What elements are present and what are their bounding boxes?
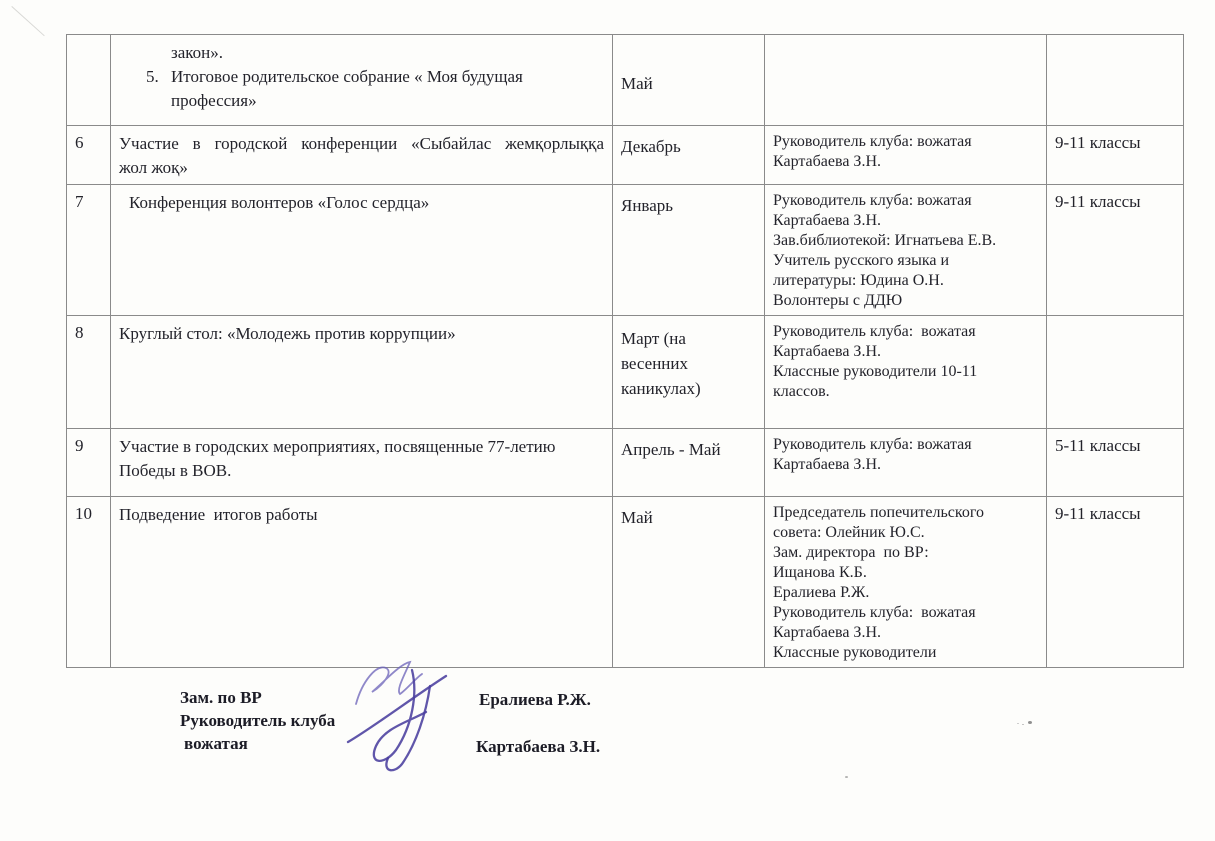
- classes-cell: [1047, 316, 1184, 429]
- row-number-cell: 8: [67, 316, 111, 429]
- activity-cell: Конференция волонтеров «Голос сердца»: [111, 185, 613, 316]
- activity-plan-table: закон».5.Итоговое родительское собрание …: [66, 34, 1184, 668]
- scanned-page: закон».5.Итоговое родительское собрание …: [0, 0, 1215, 841]
- table-row: 9Участие в городских мероприятиях, посвя…: [67, 429, 1184, 497]
- responsible-cell: [765, 35, 1047, 126]
- classes-cell: [1047, 35, 1184, 126]
- responsible-cell: Руководитель клуба: вожатаяКартабаева З.…: [765, 316, 1047, 429]
- month-cell: Май: [613, 497, 765, 668]
- month-cell: Март (на весенних каникулах): [613, 316, 765, 429]
- classes-cell: 9-11 классы: [1047, 126, 1184, 185]
- activity-cell: Подведение итогов работы: [111, 497, 613, 668]
- signature-roles: Зам. по ВР Руководитель клуба вожатая: [180, 686, 335, 755]
- responsible-cell: Руководитель клуба: вожатаяКартабаева З.…: [765, 126, 1047, 185]
- table-row: 6Участие в городской конференции «Сыбайл…: [67, 126, 1184, 185]
- row-number-cell: 10: [67, 497, 111, 668]
- table-row: 10Подведение итогов работыМайПредседател…: [67, 497, 1184, 668]
- activity-cell: закон».5.Итоговое родительское собрание …: [111, 35, 613, 126]
- responsible-cell: Председатель попечительскогосовета: Олей…: [765, 497, 1047, 668]
- classes-cell: 9-11 классы: [1047, 497, 1184, 668]
- signature-scribble: [342, 652, 462, 778]
- activity-cell: Участие в городских мероприятиях, посвящ…: [111, 429, 613, 497]
- month-cell: Май: [613, 35, 765, 126]
- scan-speck-artifact: [845, 776, 848, 778]
- row-number-cell: 6: [67, 126, 111, 185]
- plan-table-body: закон».5.Итоговое родительское собрание …: [67, 35, 1184, 668]
- responsible-cell: Руководитель клуба: вожатаяКартабаева З.…: [765, 429, 1047, 497]
- signature-name-eralieva: Ералиева Р.Ж.: [479, 690, 591, 710]
- table-row: 7Конференция волонтеров «Голос сердца»Ян…: [67, 185, 1184, 316]
- month-cell: Апрель - Май: [613, 429, 765, 497]
- table-row: 8Круглый стол: «Молодежь против коррупци…: [67, 316, 1184, 429]
- row-number-cell: 7: [67, 185, 111, 316]
- activity-cell: Круглый стол: «Молодежь против коррупции…: [111, 316, 613, 429]
- row-number-cell: 9: [67, 429, 111, 497]
- scan-speck-artifact: [1028, 721, 1032, 724]
- classes-cell: 5-11 классы: [1047, 429, 1184, 497]
- scan-crease-artifact: [11, 6, 44, 36]
- signature-role-club-head: Руководитель клуба: [180, 709, 335, 732]
- list-marker: 5.: [146, 65, 171, 89]
- classes-cell: 9-11 классы: [1047, 185, 1184, 316]
- activity-cell: Участие в городской конференции «Сыбайла…: [111, 126, 613, 185]
- month-cell: Январь: [613, 185, 765, 316]
- signature-role-zam-vr: Зам. по ВР: [180, 686, 335, 709]
- table-row: закон».5.Итоговое родительское собрание …: [67, 35, 1184, 126]
- signature-name-kartabaeva: Картабаева З.Н.: [476, 737, 600, 757]
- row-number-cell: [67, 35, 111, 126]
- month-cell: Декабрь: [613, 126, 765, 185]
- responsible-cell: Руководитель клуба: вожатаяКартабаева З.…: [765, 185, 1047, 316]
- signature-role-vozhataya: вожатая: [184, 732, 335, 755]
